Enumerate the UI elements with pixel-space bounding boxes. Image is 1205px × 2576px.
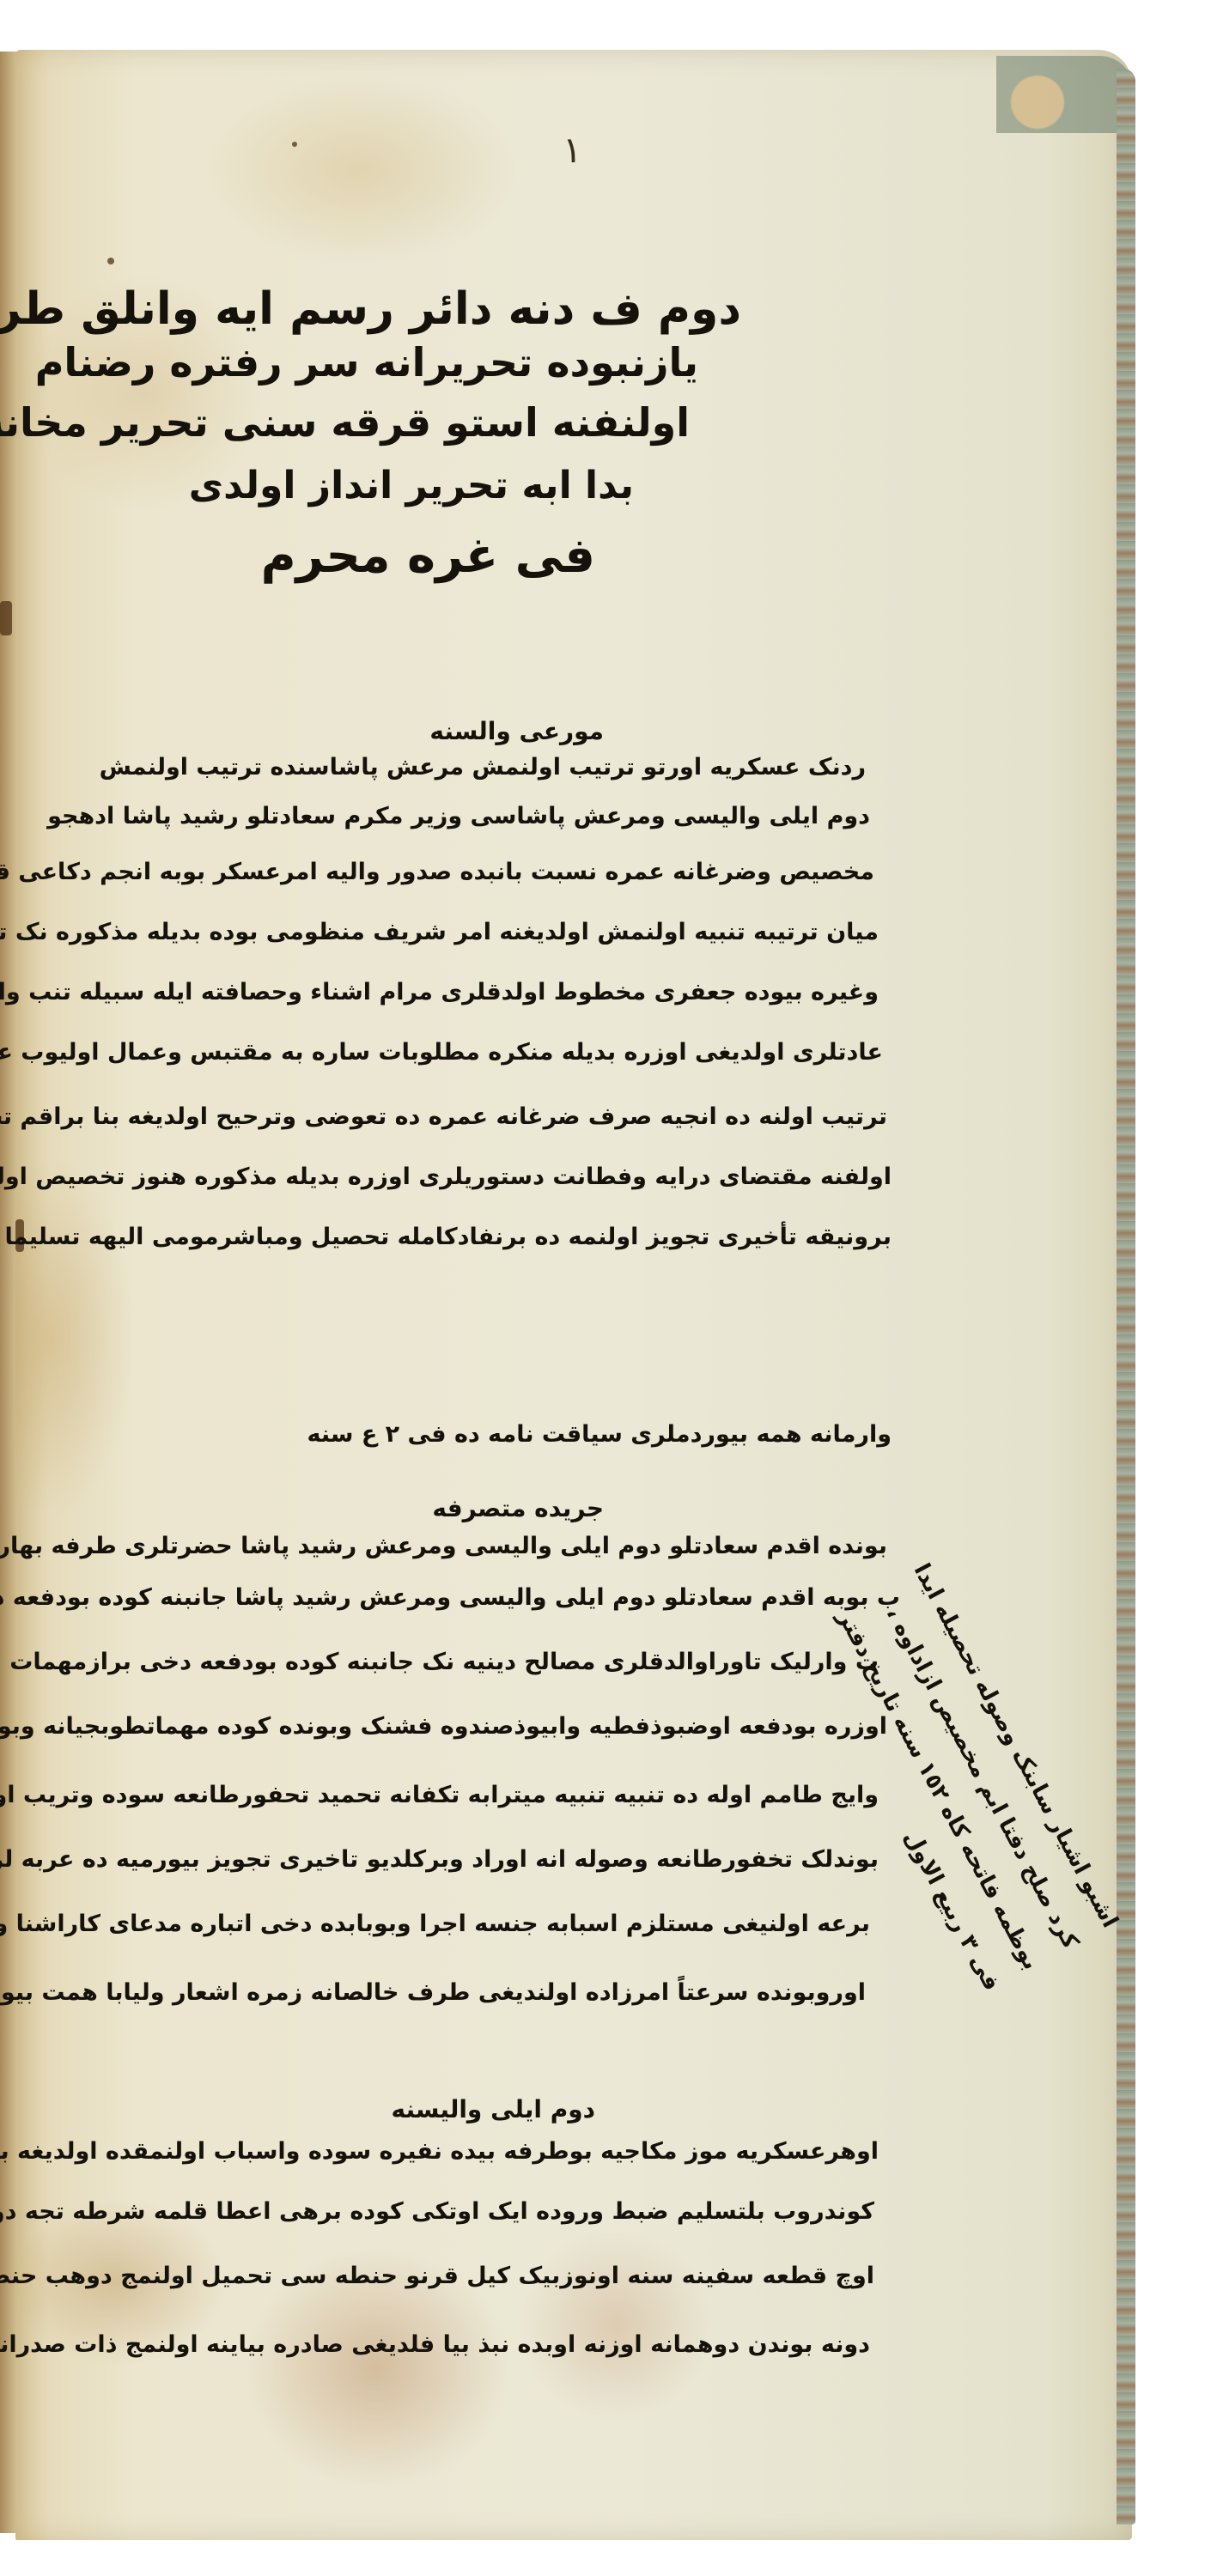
body-line: برونیقه تأخیری تجویز اولنمه ده برنفادکام… <box>0 1224 892 1250</box>
ink-spot <box>292 142 297 147</box>
body-line: ب بوبه اقدم سعادتلو دوم ایلی والیسی ومرع… <box>0 1584 900 1611</box>
body-line: دونه بوندن دوهمانه اوزنه اوبده نبذ بیا ف… <box>0 2331 870 2358</box>
body-line: کوندروب بلتسلیم ضبط وروده ایک اوتکی کوده… <box>0 2198 874 2225</box>
body-line: برعه اولنیغی مستلزم اسبابه جنسه اجرا وبو… <box>0 1911 870 1937</box>
body-line: وغیره بیوده جعفری مخطوط اولدقلری مرام اش… <box>0 979 879 1005</box>
title-line-3: اولنفنه استو قرقه سنی تحریر مخانه <box>0 399 690 446</box>
body-line: وایج طامم اوله ده تنبیه تنبیه میترابه تک… <box>0 1782 879 1808</box>
ink-spot <box>107 258 114 264</box>
title-line-4: بدا ابه تحریر انداز اولدی <box>189 464 634 507</box>
title-line-1: دوم ف دنه دائر رسم ایه وانلق طرفرنیه <box>0 283 741 335</box>
marbled-board-corner <box>996 56 1134 133</box>
section-heading: دوم ایلی والیسنه <box>391 2095 595 2123</box>
body-line: ردنک عسکریه اورتو ترتیب اولنمش مرعش پاشا… <box>100 754 866 781</box>
ink-spot <box>0 601 12 635</box>
page-number: ١ <box>563 129 582 171</box>
body-line: میان ترتیبه تنبیه اولنمش اولدیغنه امر شر… <box>0 919 879 945</box>
closing-line: وارمانه همه بیوردملری سیاقت نامه ده فی ٢… <box>307 1421 892 1448</box>
body-line: ت وارلیک تاوراوالدقلری مصالح دینیه نک جا… <box>0 1649 879 1675</box>
body-line: ترتیب اولنه ده انجیه صرف ضرغانه عمره ده … <box>0 1103 887 1130</box>
section-heading: جریده متصرفه <box>432 1494 604 1522</box>
body-line: مخصیص وضرغانه عمره نسبت بانبده صدور والی… <box>0 859 874 885</box>
body-line: اوهرعسکریه موز مکاجیه بوطرفه بیده نفیره … <box>0 2138 879 2165</box>
title-line-2: یازنبوده تحریرانه سر رفتره رضنام <box>35 339 698 386</box>
body-line: بونده اقدم سعادتلو دوم ایلی والیسی ومرعش… <box>0 1533 887 1559</box>
body-line: دوم ایلی والیسی ومرعش پاشاسی وزیر مکرم س… <box>47 803 870 829</box>
marbled-board-edge <box>1117 69 1135 2524</box>
body-line: اولفنه مقتضای درایه وفطانت دستوریلری اوز… <box>0 1163 892 1190</box>
body-line: اوروبونده سرعتاً امرزاده اولندیغی طرف خا… <box>0 1979 866 2006</box>
body-line: عادتلری اولدیغی اوزره بدیله منکره مطلوبا… <box>0 1039 883 1066</box>
body-line: بوندلک تخفورطانعه وصوله انه اوراد وبرکلد… <box>0 1846 879 1873</box>
body-line: اوچ قطعه سفینه سنه اونوزبیک کیل قرنو حنط… <box>0 2263 874 2289</box>
title-line-5: فی غره محرم <box>261 528 595 584</box>
section-heading: مورعی والسنه <box>429 717 604 745</box>
body-line: اوزره بودفعه اوضبوذفطیه وابیوذصندوه فشنک… <box>0 1713 887 1740</box>
